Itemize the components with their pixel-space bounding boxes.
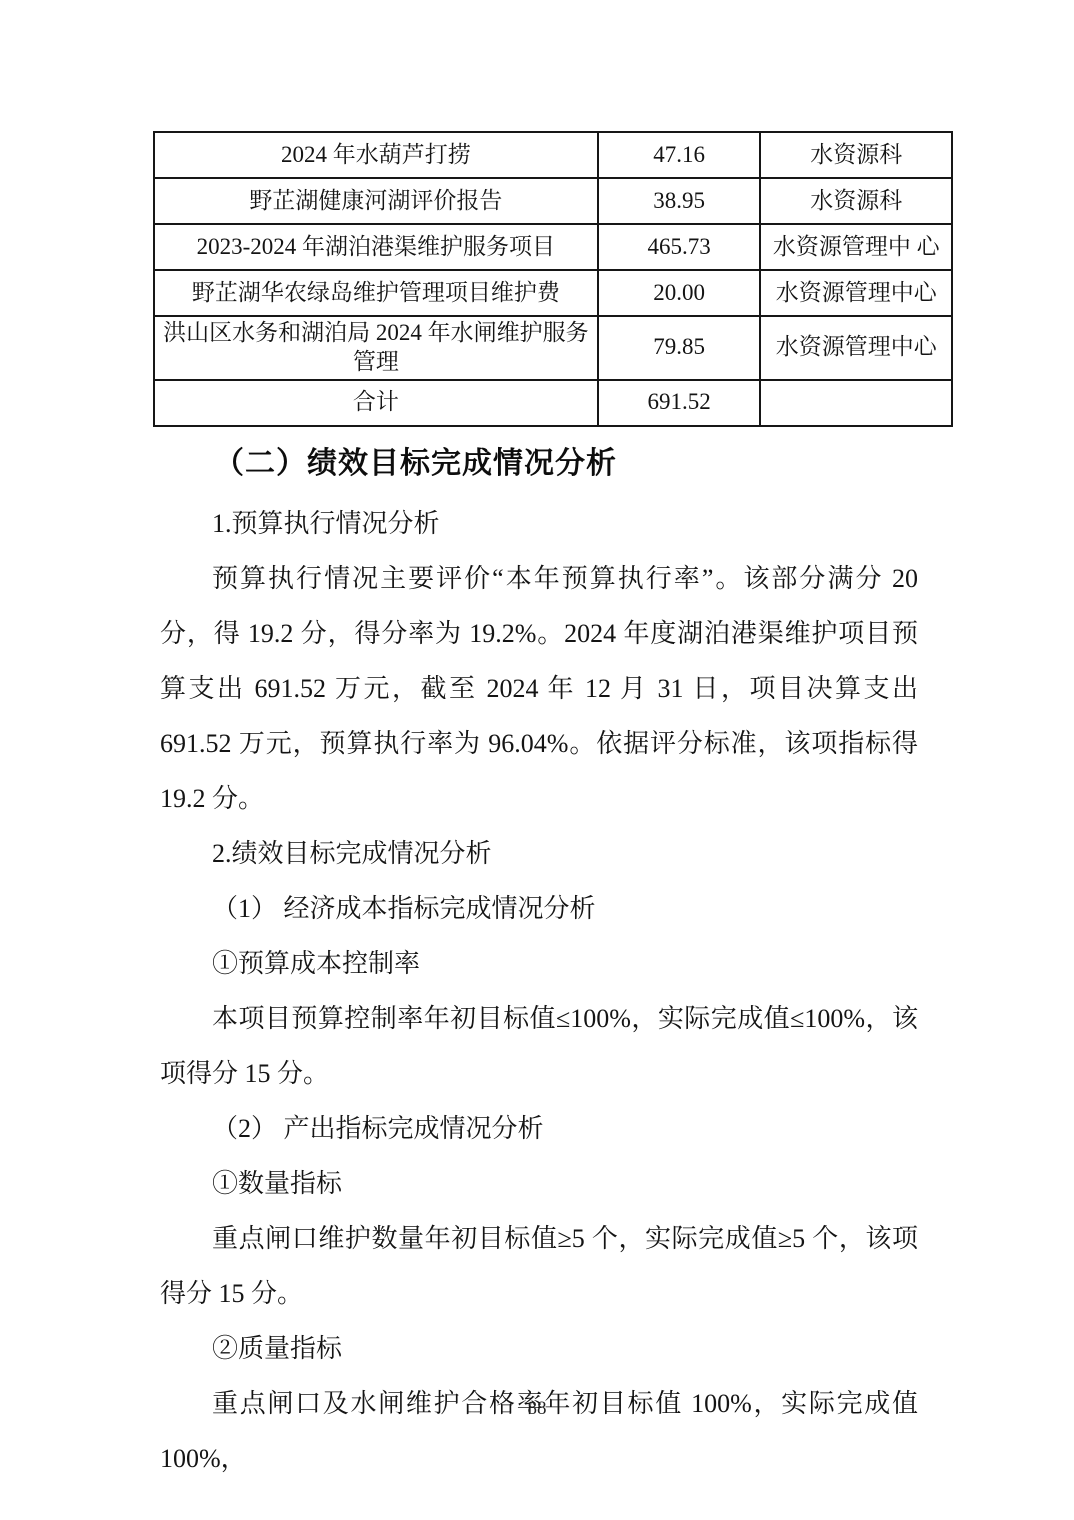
section-heading: （二）绩效目标完成情况分析	[160, 432, 918, 496]
amount-cell: 38.95	[598, 178, 761, 224]
department-cell: 水资源管理中 心	[760, 224, 952, 270]
department-cell: 水资源科	[760, 132, 952, 178]
project-name-cell: 野芷湖华农绿岛维护管理项目维护费	[154, 270, 598, 316]
paragraph-quality-indicator-analysis: 重点闸口及水闸维护合格率年初目标值 100%，实际完成值 100%，	[160, 1376, 918, 1486]
project-name-cell: 洪山区水务和湖泊局 2024 年水闸维护服务管理	[154, 316, 598, 380]
table-row: 洪山区水务和湖泊局 2024 年水闸维护服务管理 79.85 水资源管理中心	[154, 316, 952, 380]
project-name-cell: 2024 年水葫芦打捞	[154, 132, 598, 178]
paragraph-budget-cost-control-title: ①预算成本控制率	[160, 936, 918, 991]
table-row: 2024 年水葫芦打捞 47.16 水资源科	[154, 132, 952, 178]
department-cell: 水资源科	[760, 178, 952, 224]
amount-cell: 465.73	[598, 224, 761, 270]
department-cell: 水资源管理中心	[760, 270, 952, 316]
document-page: { "table": { "rows": [ { "project": "202…	[0, 0, 1074, 1520]
project-expenditure-table: 2024 年水葫芦打捞 47.16 水资源科 野芷湖健康河湖评价报告 38.95…	[153, 131, 953, 427]
paragraph-budget-execution-analysis: 预算执行情况主要评价“本年预算执行率”。该部分满分 20 分，得 19.2 分，…	[160, 551, 918, 826]
department-cell: 水资源管理中心	[760, 316, 952, 380]
page-number: 88	[0, 1398, 1074, 1420]
paragraph-budget-execution-title: 1.预算执行情况分析	[160, 496, 918, 551]
project-name-cell: 2023-2024 年湖泊港渠维护服务项目	[154, 224, 598, 270]
paragraph-quantity-indicator-analysis: 重点闸口维护数量年初目标值≥5 个，实际完成值≥5 个，该项得分 15 分。	[160, 1211, 918, 1321]
table-row: 野芷湖健康河湖评价报告 38.95 水资源科	[154, 178, 952, 224]
table-row-total: 合计 691.52	[154, 380, 952, 426]
table-row: 野芷湖华农绿岛维护管理项目维护费 20.00 水资源管理中心	[154, 270, 952, 316]
paragraph-budget-cost-control-analysis: 本项目预算控制率年初目标值≤100%，实际完成值≤100%，该项得分 15 分。	[160, 991, 918, 1101]
paragraph-quality-indicator-title: ②质量指标	[160, 1321, 918, 1376]
amount-cell: 691.52	[598, 380, 761, 426]
department-cell	[760, 380, 952, 426]
amount-cell: 20.00	[598, 270, 761, 316]
paragraph-quantity-indicator-title: ①数量指标	[160, 1156, 918, 1211]
project-name-cell: 野芷湖健康河湖评价报告	[154, 178, 598, 224]
document-body: （二）绩效目标完成情况分析 1.预算执行情况分析 预算执行情况主要评价“本年预算…	[160, 432, 918, 1486]
amount-cell: 47.16	[598, 132, 761, 178]
amount-cell: 79.85	[598, 316, 761, 380]
paragraph-output-indicator-title: （2） 产出指标完成情况分析	[160, 1101, 918, 1156]
paragraph-economic-cost-title: （1） 经济成本指标完成情况分析	[160, 881, 918, 936]
project-name-cell: 合计	[154, 380, 598, 426]
table-row: 2023-2024 年湖泊港渠维护服务项目 465.73 水资源管理中 心	[154, 224, 952, 270]
paragraph-performance-target-title: 2.绩效目标完成情况分析	[160, 826, 918, 881]
